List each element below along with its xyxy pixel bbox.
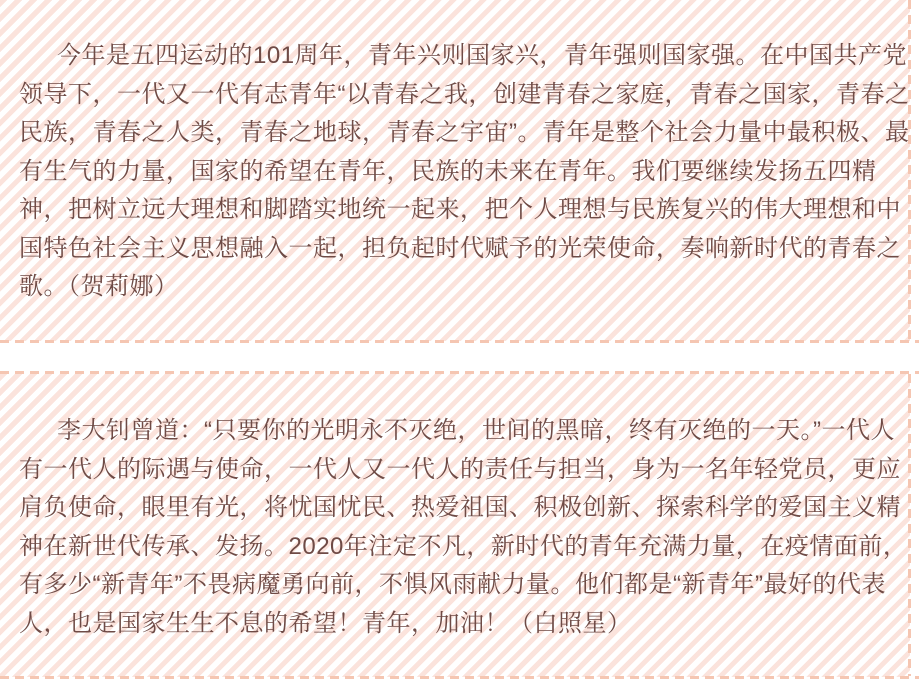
- dashed-border-bottom: [0, 676, 919, 679]
- dashed-divider-lower: [0, 371, 919, 374]
- page: { "colors": { "stripe": "#fbe3dc", "dash…: [0, 0, 919, 686]
- essay-paragraph-1: 今年是五四运动的101周年，青年兴则国家兴，青年强则国家强。在中国共产党 领导下…: [19, 37, 914, 307]
- dashed-divider-upper: [0, 340, 919, 343]
- essay-paragraph-2: 李大钊曾道：“只要你的光明永不灭绝，世间的黑暗，终有灭绝的一天。”一代人 有一代…: [19, 412, 914, 643]
